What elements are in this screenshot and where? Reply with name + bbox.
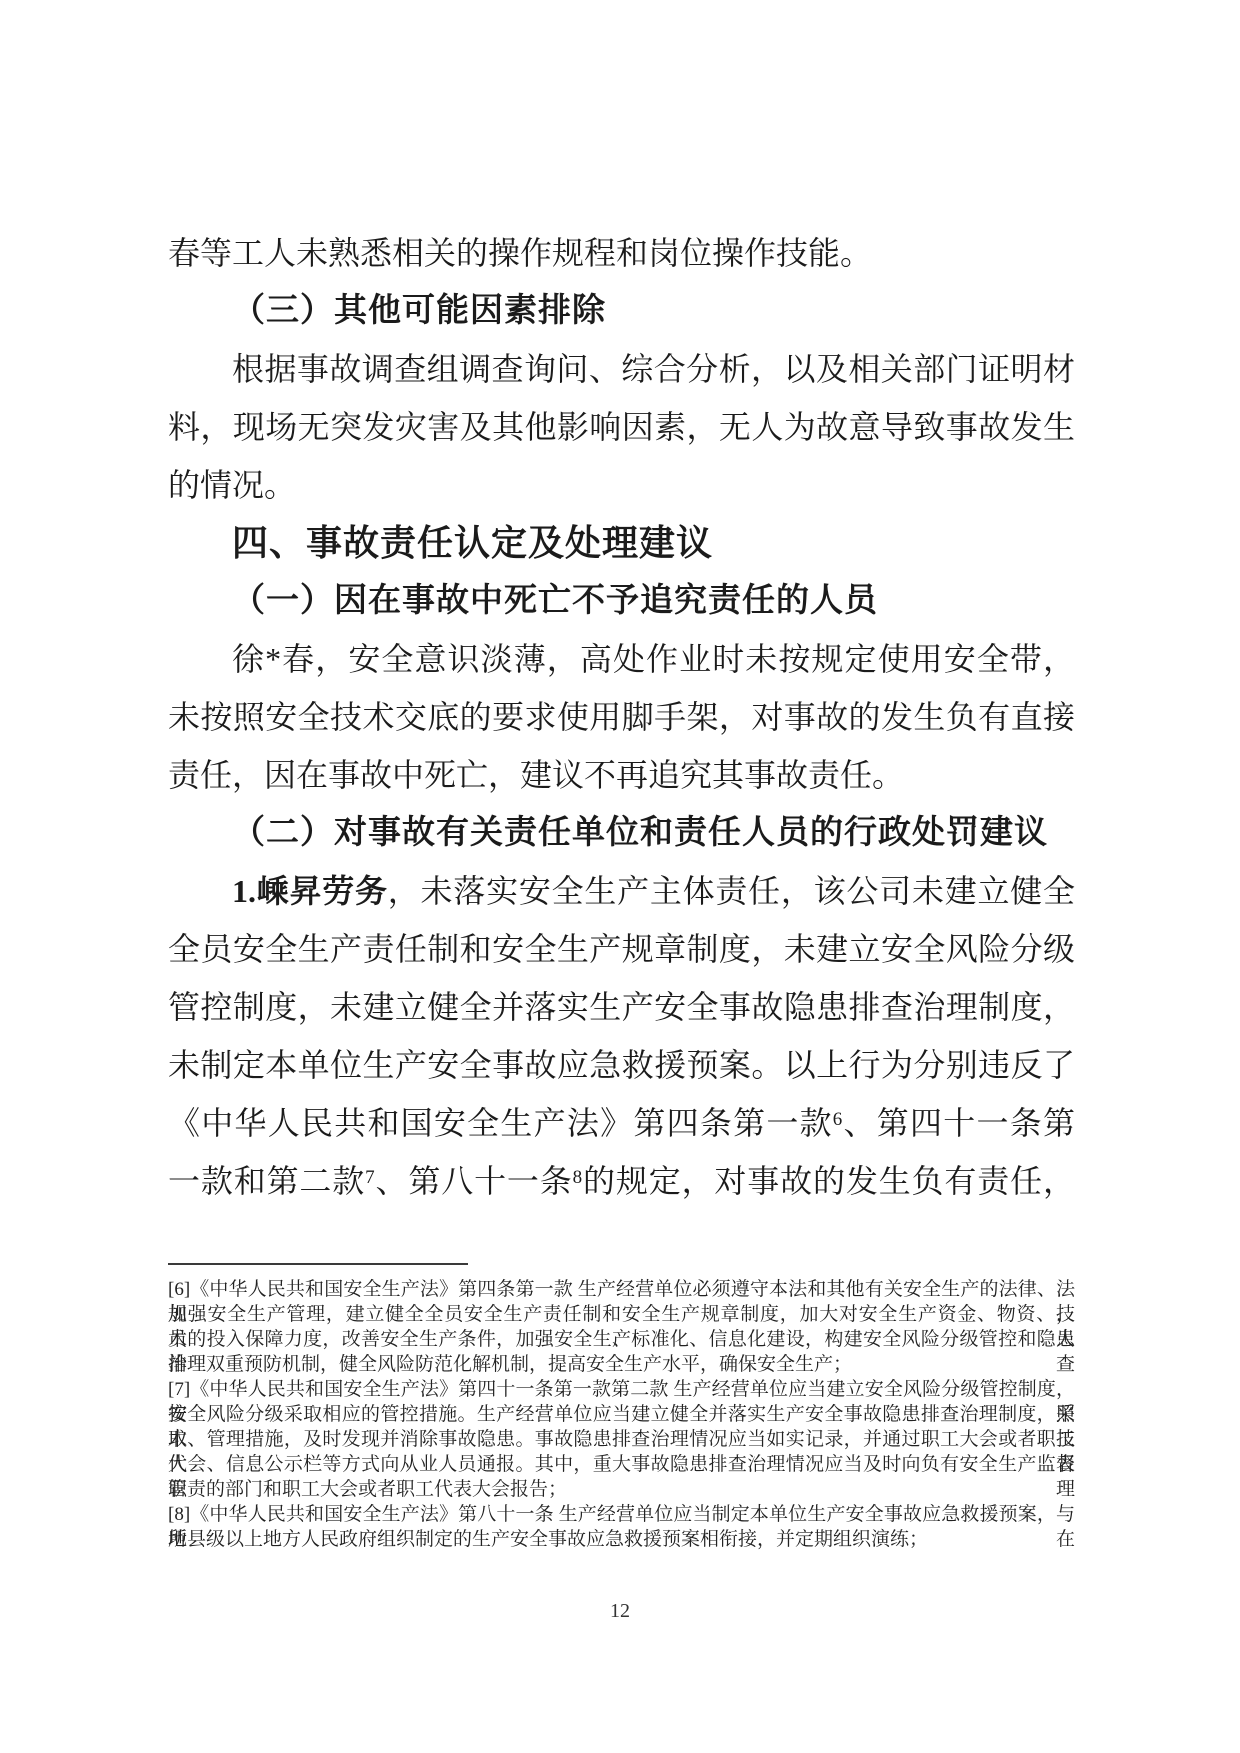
footnote-6: [6]《中华人民共和国安全生产法》第四条第一款 生产经营单位必须遵守本法和其他有… bbox=[168, 1277, 1075, 1377]
footnote-separator bbox=[168, 1263, 468, 1265]
body-line: 春等工人未熟悉相关的操作规程和岗位操作技能。 bbox=[168, 224, 1075, 282]
footnote-line: [8]《中华人民共和国安全生产法》第八十一条 生产经营单位应当制定本单位生产安全… bbox=[168, 1502, 1075, 1527]
footnote-ref-7: 7 bbox=[365, 1167, 375, 1188]
body-text-segment: 、第四十一条第 bbox=[842, 1105, 1075, 1141]
footnote-line: 加强安全生产管理，建立健全全员安全生产责任制和安全生产规章制度，加大对安全生产资… bbox=[168, 1302, 1075, 1327]
company-name: 1.嵊昇劳务 bbox=[232, 873, 388, 909]
footnote-line: 大会、信息公示栏等方式向从业人员通报。其中，重大事故隐患排查治理情况应当及时向负… bbox=[168, 1452, 1075, 1477]
footnote-line: 术、管理措施，及时发现并消除事故隐患。事故隐患排查治理情况应当如实记录，并通过职… bbox=[168, 1427, 1075, 1452]
body-text-segment: 的规定，对事故的发生负有责任， bbox=[582, 1163, 1075, 1199]
footnote-line: [6]《中华人民共和国安全生产法》第四条第一款 生产经营单位必须遵守本法和其他有… bbox=[168, 1277, 1075, 1302]
subsection-heading-1: （一）因在事故中死亡不予追究责任的人员 bbox=[168, 572, 1075, 630]
body-text-segment: 、第八十一条 bbox=[375, 1163, 573, 1199]
body-line: 管控制度，未建立健全并落实生产安全事故隐患排查治理制度， bbox=[168, 978, 1075, 1036]
body-line: 徐*春，安全意识淡薄，高处作业时未按规定使用安全带， bbox=[168, 630, 1075, 688]
body-line: 的情况。 bbox=[168, 456, 1075, 514]
footnote-line: [7]《中华人民共和国安全生产法》第四十一条第一款第二款 生产经营单位应当建立安… bbox=[168, 1377, 1075, 1402]
footnote-7: [7]《中华人民共和国安全生产法》第四十一条第一款第二款 生产经营单位应当建立安… bbox=[168, 1377, 1075, 1502]
subsection-heading-2: （二）对事故有关责任单位和责任人员的行政处罚建议 bbox=[168, 804, 1075, 862]
body-line: 全员安全生产责任制和安全生产规章制度，未建立安全风险分级 bbox=[168, 920, 1075, 978]
body-line: 未制定本单位生产安全事故应急救援预案。以上行为分别违反了 bbox=[168, 1036, 1075, 1094]
subsection-heading-3: （三）其他可能因素排除 bbox=[168, 282, 1075, 340]
body-line: 料，现场无突发灾害及其他影响因素，无人为故意导致事故发生 bbox=[168, 398, 1075, 456]
body-line: 《中华人民共和国安全生产法》第四条第一款6、第四十一条第 bbox=[168, 1094, 1075, 1152]
footnote-ref-6: 6 bbox=[833, 1109, 843, 1130]
body-line: 责任，因在事故中死亡，建议不再追究其事故责任。 bbox=[168, 746, 1075, 804]
page-number: 12 bbox=[0, 1600, 1240, 1623]
report-body: 春等工人未熟悉相关的操作规程和岗位操作技能。 （三）其他可能因素排除 根据事故调… bbox=[168, 224, 1075, 1210]
footnote-line: 安全风险分级采取相应的管控措施。生产经营单位应当建立健全并落实生产安全事故隐患排… bbox=[168, 1402, 1075, 1427]
footnote-ref-8: 8 bbox=[573, 1167, 583, 1188]
body-text-segment: 一款和第二款 bbox=[168, 1163, 365, 1199]
body-line: 根据事故调查组调查询问、综合分析，以及相关部门证明材 bbox=[168, 340, 1075, 398]
body-line: 一款和第二款7、第八十一条8的规定，对事故的发生负有责任， bbox=[168, 1152, 1075, 1210]
body-line: 1.嵊昇劳务，未落实安全生产主体责任，该公司未建立健全 bbox=[168, 862, 1075, 920]
footnote-line: 员的投入保障力度，改善安全生产条件，加强安全生产标准化、信息化建设，构建安全风险… bbox=[168, 1327, 1075, 1352]
document-page: 春等工人未熟悉相关的操作规程和岗位操作技能。 （三）其他可能因素排除 根据事故调… bbox=[0, 0, 1240, 1753]
section-heading-4: 四、事故责任认定及处理建议 bbox=[168, 514, 1075, 572]
body-text-segment: ，未落实安全生产主体责任，该公司未建立健全 bbox=[388, 873, 1075, 909]
body-text-segment: 《中华人民共和国安全生产法》第四条第一款 bbox=[168, 1105, 833, 1141]
body-line: 未按照安全技术交底的要求使用脚手架，对事故的发生负有直接 bbox=[168, 688, 1075, 746]
footnotes: [6]《中华人民共和国安全生产法》第四条第一款 生产经营单位必须遵守本法和其他有… bbox=[168, 1277, 1075, 1552]
footnote-8: [8]《中华人民共和国安全生产法》第八十一条 生产经营单位应当制定本单位生产安全… bbox=[168, 1502, 1075, 1552]
